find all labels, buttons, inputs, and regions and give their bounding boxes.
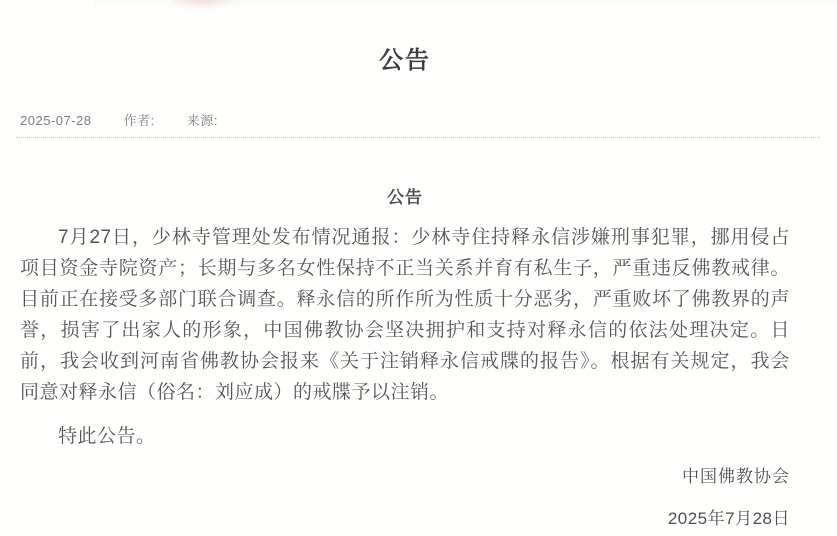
source-label: 来源: — [187, 113, 218, 128]
author-label: 作者: — [124, 113, 155, 128]
signature-organization: 中国佛教协会 — [20, 468, 790, 486]
article-meta: 2025-07-28 作者: 来源: — [20, 114, 790, 128]
publish-date: 2025-07-28 — [20, 113, 92, 128]
top-edge-pink-smudge — [168, 0, 238, 9]
article-content: 公告 2025-07-28 作者: 来源: 公告 7月27日，少林寺管理处发布情… — [0, 46, 837, 528]
top-edge-artifact — [95, 0, 837, 14]
announcement-paragraph: 7月27日，少林寺管理处发布情况通报：少林寺住持释永信涉嫌刑事犯罪，挪用侵占项目… — [20, 222, 790, 408]
article-title: 公告 — [20, 188, 790, 208]
dotted-divider — [16, 137, 820, 138]
closing-line: 特此公告。 — [20, 421, 790, 452]
signature-date: 2025年7月28日 — [20, 510, 790, 528]
page-title: 公告 — [20, 46, 790, 76]
announcement-page: 公告 2025-07-28 作者: 来源: 公告 7月27日，少林寺管理处发布情… — [0, 0, 837, 536]
